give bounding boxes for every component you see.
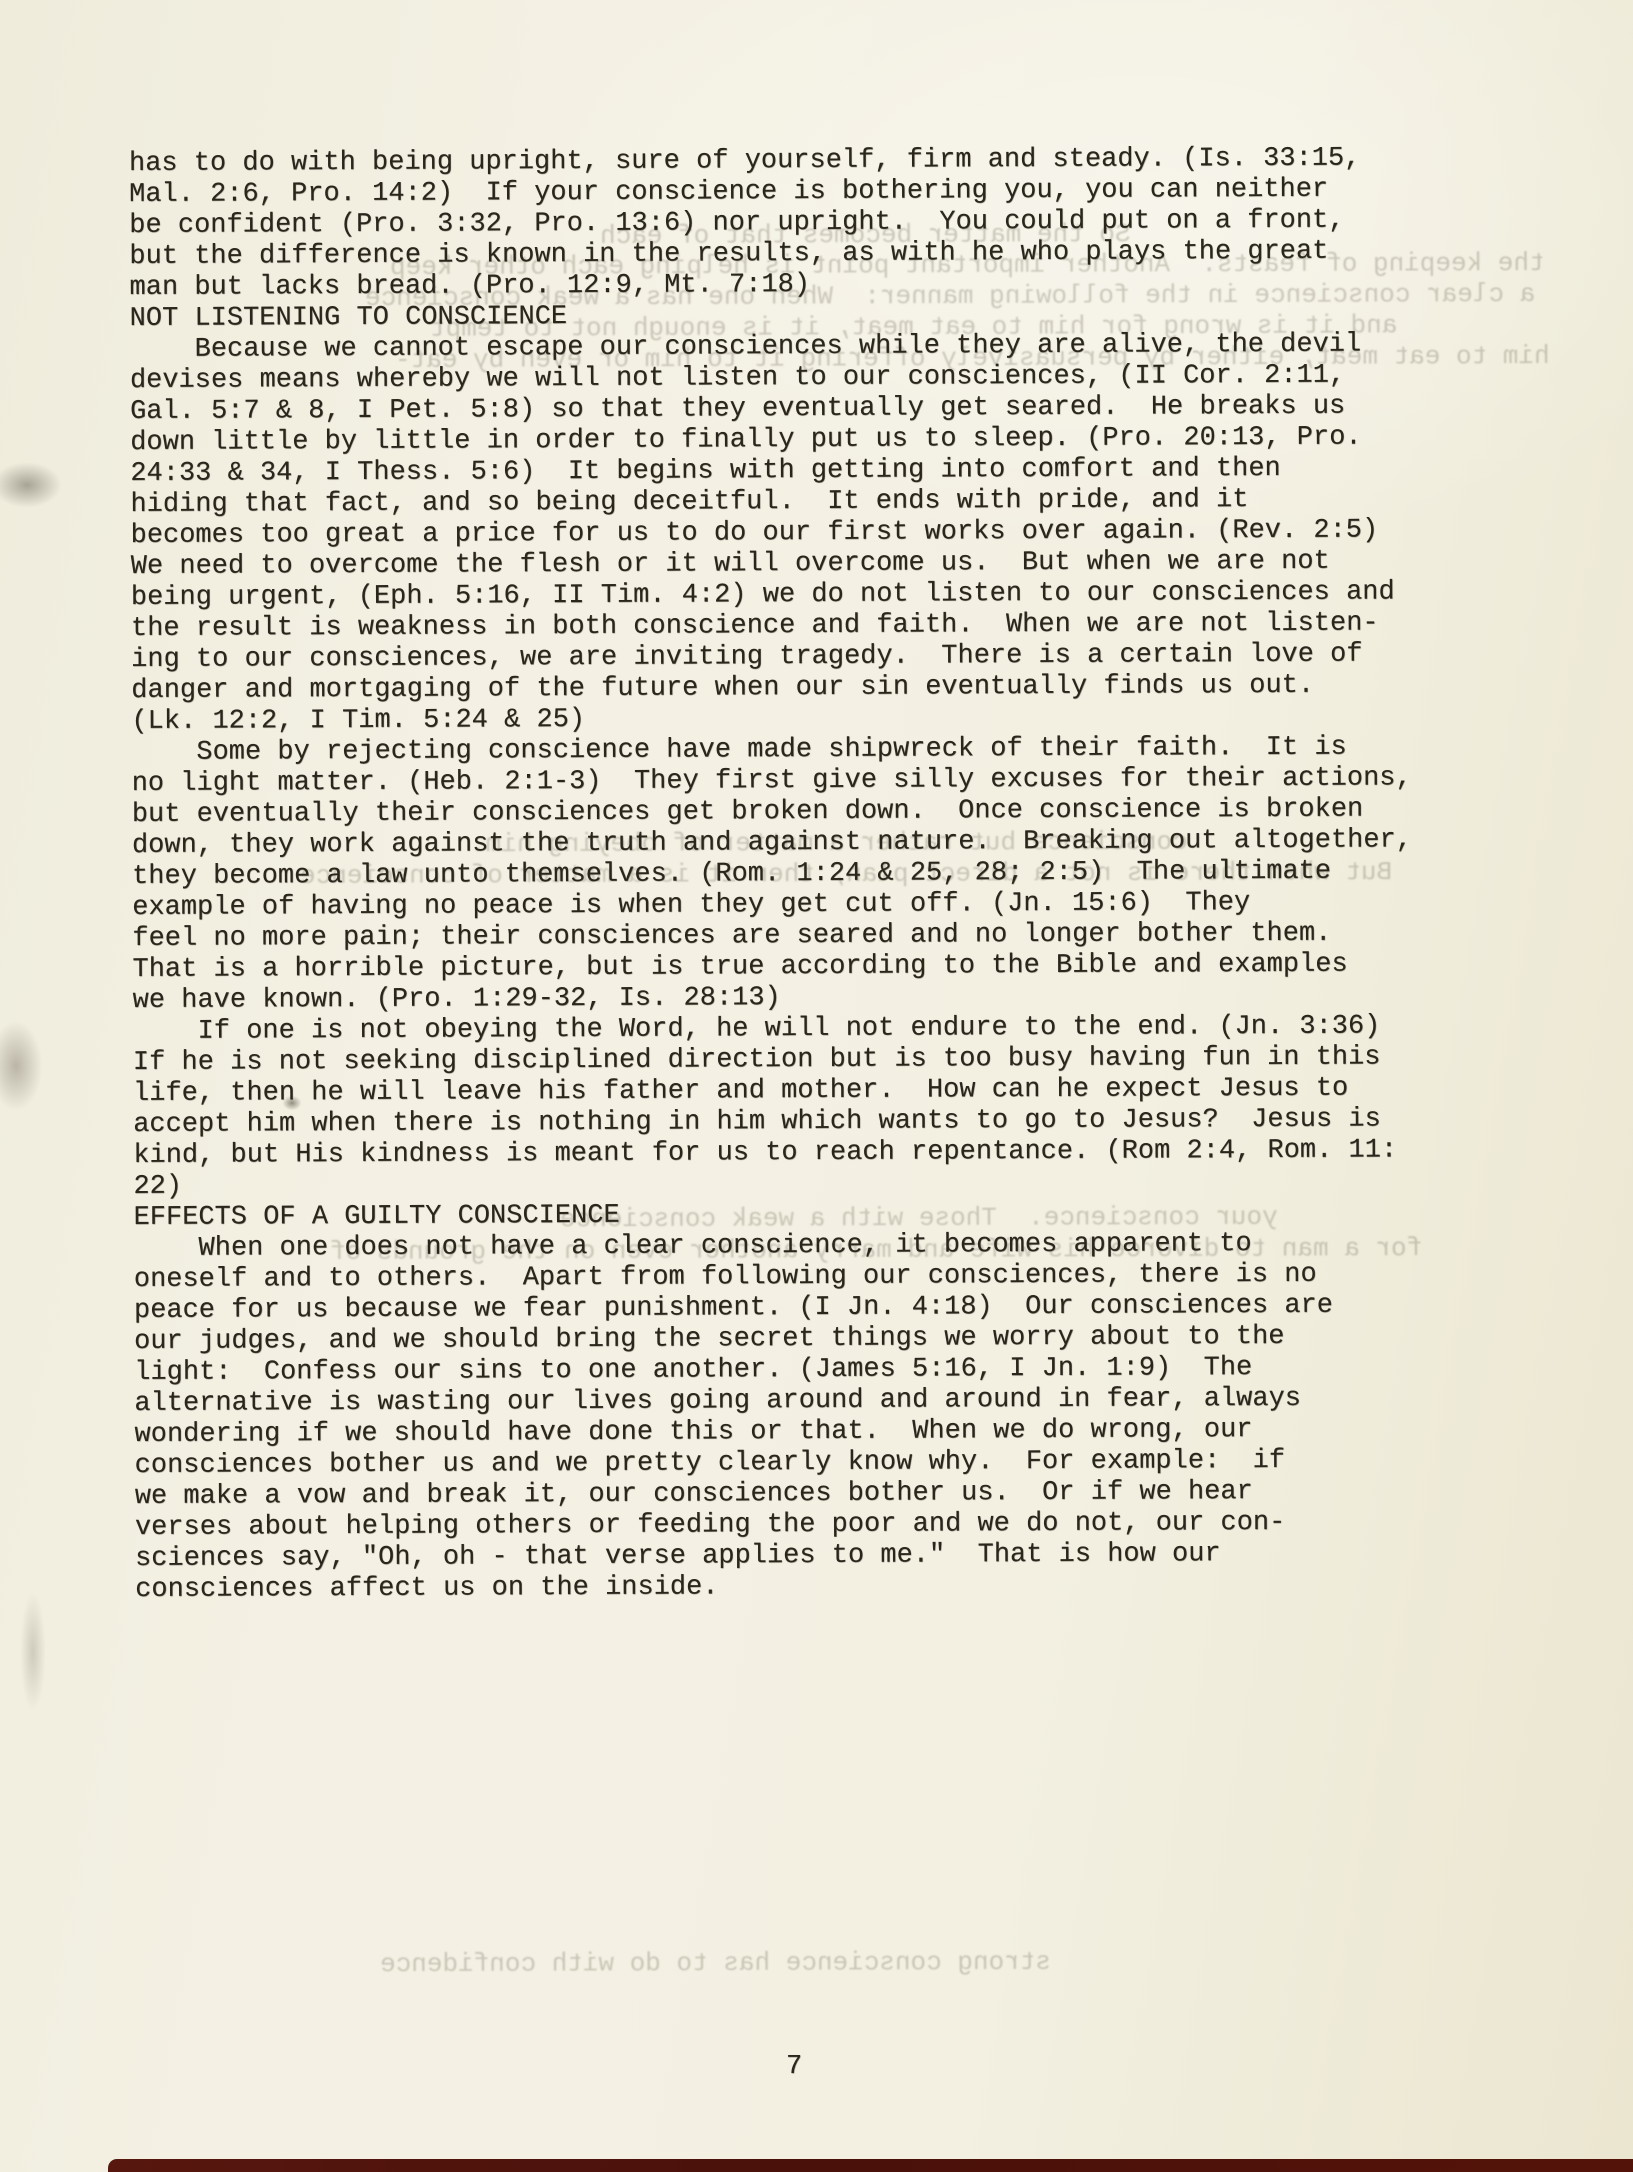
paragraph-devil-devises: Because we cannot escape our consciences… xyxy=(130,328,1632,738)
paragraph-clear-conscience: When one does not have a clear conscienc… xyxy=(134,1227,1633,1606)
paragraph-obeying-the-word: If one is not obeying the Word, he will … xyxy=(133,1010,1633,1203)
scanned-page: So the matter becomes that of eachthe ke… xyxy=(0,0,1633,2172)
scanner-edge-strip xyxy=(108,2159,1633,2172)
paragraph-shipwreck-of-faith: Some by rejecting conscience have made s… xyxy=(131,731,1632,1017)
page-number: 7 xyxy=(786,2052,802,2083)
paragraph-continuation-upright: has to do with being upright, sure of yo… xyxy=(129,142,1630,304)
page-text-column: has to do with being upright, sure of yo… xyxy=(0,0,1633,2172)
